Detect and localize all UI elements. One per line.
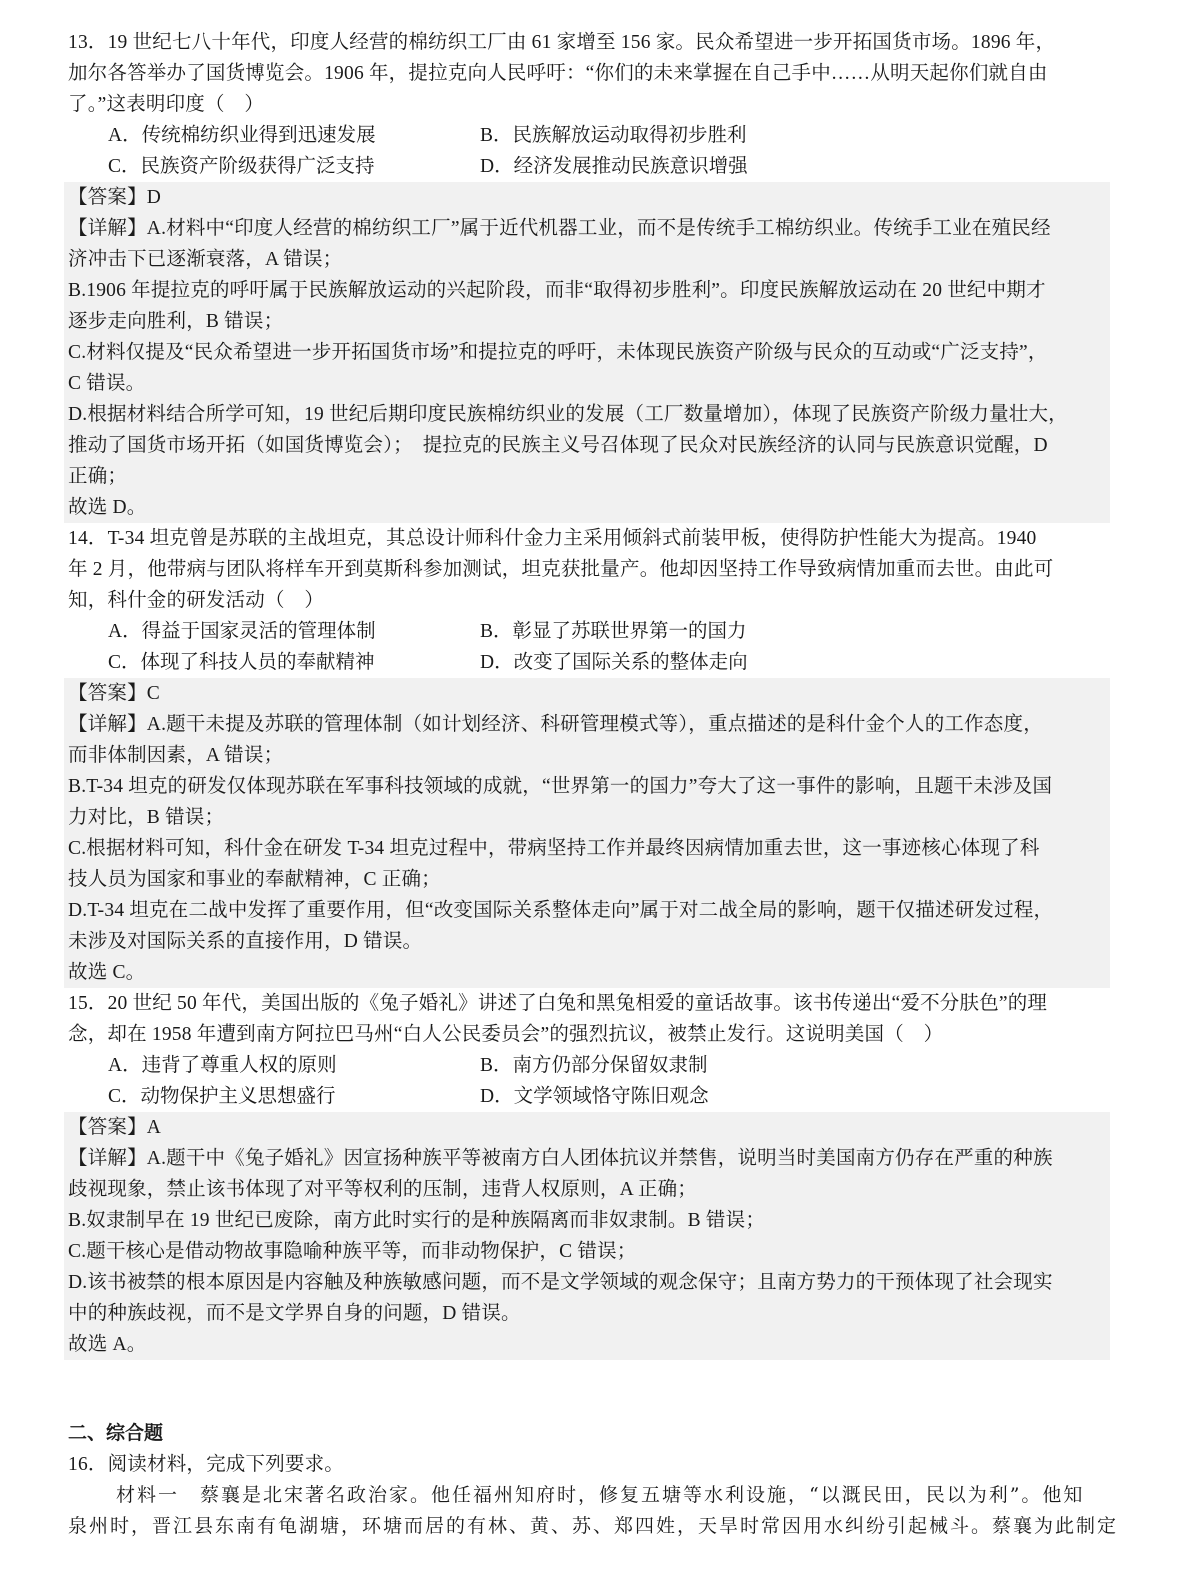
option-a: A．得益于国家灵活的管理体制	[108, 616, 480, 647]
section-gap	[68, 1360, 1110, 1418]
question-stem-line: 加尔各答举办了国货博览会。1906 年，提拉克向人民呼吁：“你们的未来掌握在自己…	[68, 58, 1110, 89]
detail-line: 【详解】A.题干中《兔子婚礼》因宣扬种族平等被南方白人团体抗议并禁售，说明当时美…	[68, 1143, 1110, 1174]
exam-page: 13．19 世纪七八十年代，印度人经营的棉纺织工厂由 61 家增至 156 家。…	[68, 27, 1110, 1542]
option-a: A．违背了尊重人权的原则	[108, 1050, 480, 1081]
options-row: C．体现了科技人员的奉献精神 D．改变了国际关系的整体走向	[68, 647, 1110, 678]
option-b: B．南方仍部分保留奴隶制	[480, 1050, 708, 1081]
option-c: C．体现了科技人员的奉献精神	[108, 647, 480, 678]
answer-block: 【答案】A 【详解】A.题干中《兔子婚礼》因宣扬种族平等被南方白人团体抗议并禁售…	[64, 1112, 1110, 1360]
answer-line: 【答案】A	[68, 1112, 1110, 1143]
section-heading: 二、综合题	[68, 1418, 1110, 1449]
options-row: C．动物保护主义思想盛行 D．文学领域恪守陈旧观念	[68, 1081, 1110, 1112]
detail-line: C.根据材料可知，科什金在研发 T-34 坦克过程中，带病坚持工作并最终因病情加…	[68, 833, 1110, 864]
detail-line: 而非体制因素，A 错误；	[68, 740, 1110, 771]
detail-line: 济冲击下已逐渐衰落，A 错误；	[68, 244, 1110, 275]
options-row: A．得益于国家灵活的管理体制 B．彰显了苏联世界第一的国力	[68, 616, 1110, 647]
detail-line: 力对比，B 错误；	[68, 802, 1110, 833]
material-line: 泉州时，晋江县东南有龟湖塘，环塘而居的有林、黄、苏、郑四姓，天旱时常因用水纠纷引…	[68, 1511, 1110, 1542]
question-16-intro: 16．阅读材料，完成下列要求。	[68, 1449, 1110, 1480]
options-row: A．违背了尊重人权的原则 B．南方仍部分保留奴隶制	[68, 1050, 1110, 1081]
option-b: B．彰显了苏联世界第一的国力	[480, 616, 747, 647]
detail-line: B.1906 年提拉克的呼吁属于民族解放运动的兴起阶段，而非“取得初步胜利”。印…	[68, 275, 1110, 306]
detail-line: 推动了国货市场开拓（如国货博览会）； 提拉克的民族主义号召体现了民众对民族经济的…	[68, 430, 1110, 461]
detail-line: 技人员为国家和事业的奉献精神，C 正确；	[68, 864, 1110, 895]
question-stem-line: 了。”这表明印度（ ）	[68, 89, 1110, 120]
answer-block: 【答案】C 【详解】A.题干未提及苏联的管理体制（如计划经济、科研管理模式等），…	[64, 678, 1110, 988]
detail-line: 故选 C。	[68, 957, 1110, 988]
answer-line: 【答案】C	[68, 678, 1110, 709]
material-line: 材料一 蔡襄是北宋著名政治家。他任福州知府时，修复五塘等水利设施，“以溉民田，民…	[68, 1480, 1110, 1511]
detail-line: D.T-34 坦克在二战中发挥了重要作用，但“改变国际关系整体走向”属于对二战全…	[68, 895, 1110, 926]
section-comprehensive: 二、综合题 16．阅读材料，完成下列要求。 材料一 蔡襄是北宋著名政治家。他任福…	[68, 1418, 1110, 1542]
detail-line: 【详解】A.题干未提及苏联的管理体制（如计划经济、科研管理模式等），重点描述的是…	[68, 709, 1110, 740]
option-d: D．改变了国际关系的整体走向	[480, 647, 748, 678]
detail-line: 故选 D。	[68, 492, 1110, 523]
detail-line: 正确；	[68, 461, 1110, 492]
detail-line: 中的种族歧视，而不是文学界自身的问题，D 错误。	[68, 1298, 1110, 1329]
question-stem-line: 年 2 月，他带病与团队将样车开到莫斯科参加测试，坦克获批量产。他却因坚持工作导…	[68, 554, 1110, 585]
detail-line: B.T-34 坦克的研发仅体现苏联在军事科技领域的成就，“世界第一的国力”夸大了…	[68, 771, 1110, 802]
detail-line: C.材料仅提及“民众希望进一步开拓国货市场”和提拉克的呼吁，未体现民族资产阶级与…	[68, 337, 1110, 368]
question-15: 15．20 世纪 50 年代，美国出版的《兔子婚礼》讲述了白兔和黑兔相爱的童话故…	[68, 988, 1110, 1360]
option-d: D．经济发展推动民族意识增强	[480, 151, 748, 182]
question-13: 13．19 世纪七八十年代，印度人经营的棉纺织工厂由 61 家增至 156 家。…	[68, 27, 1110, 523]
detail-line: D.该书被禁的根本原因是内容触及种族敏感问题，而不是文学领域的观念保守；且南方势…	[68, 1267, 1110, 1298]
question-stem-line: 14．T-34 坦克曾是苏联的主战坦克，其总设计师科什金力主采用倾斜式前装甲板，…	[68, 523, 1110, 554]
question-14: 14．T-34 坦克曾是苏联的主战坦克，其总设计师科什金力主采用倾斜式前装甲板，…	[68, 523, 1110, 988]
option-c: C．民族资产阶级获得广泛支持	[108, 151, 480, 182]
detail-line: 故选 A。	[68, 1329, 1110, 1360]
options-row: C．民族资产阶级获得广泛支持 D．经济发展推动民族意识增强	[68, 151, 1110, 182]
detail-line: 未涉及对国际关系的直接作用，D 错误。	[68, 926, 1110, 957]
option-d: D．文学领域恪守陈旧观念	[480, 1081, 709, 1112]
detail-line: 逐步走向胜利，B 错误；	[68, 306, 1110, 337]
answer-block: 【答案】D 【详解】A.材料中“印度人经营的棉纺织工厂”属于近代机器工业，而不是…	[64, 182, 1110, 523]
option-c: C．动物保护主义思想盛行	[108, 1081, 480, 1112]
answer-line: 【答案】D	[68, 182, 1110, 213]
detail-line: D.根据材料结合所学可知，19 世纪后期印度民族棉纺织业的发展（工厂数量增加），…	[68, 399, 1110, 430]
detail-line: C.题干核心是借动物故事隐喻种族平等，而非动物保护，C 错误；	[68, 1236, 1110, 1267]
question-stem-line: 念，却在 1958 年遭到南方阿拉巴马州“白人公民委员会”的强烈抗议，被禁止发行…	[68, 1019, 1110, 1050]
detail-line: 【详解】A.材料中“印度人经营的棉纺织工厂”属于近代机器工业，而不是传统手工棉纺…	[68, 213, 1110, 244]
detail-line: B.奴隶制早在 19 世纪已废除，南方此时实行的是种族隔离而非奴隶制。B 错误；	[68, 1205, 1110, 1236]
options-row: A．传统棉纺织业得到迅速发展 B．民族解放运动取得初步胜利	[68, 120, 1110, 151]
detail-line: 歧视现象，禁止该书体现了对平等权利的压制，违背人权原则，A 正确；	[68, 1174, 1110, 1205]
option-b: B．民族解放运动取得初步胜利	[480, 120, 747, 151]
question-stem-line: 知，科什金的研发活动（ ）	[68, 585, 1110, 616]
option-a: A．传统棉纺织业得到迅速发展	[108, 120, 480, 151]
detail-line: C 错误。	[68, 368, 1110, 399]
question-stem-line: 15．20 世纪 50 年代，美国出版的《兔子婚礼》讲述了白兔和黑兔相爱的童话故…	[68, 988, 1110, 1019]
question-stem-line: 13．19 世纪七八十年代，印度人经营的棉纺织工厂由 61 家增至 156 家。…	[68, 27, 1110, 58]
